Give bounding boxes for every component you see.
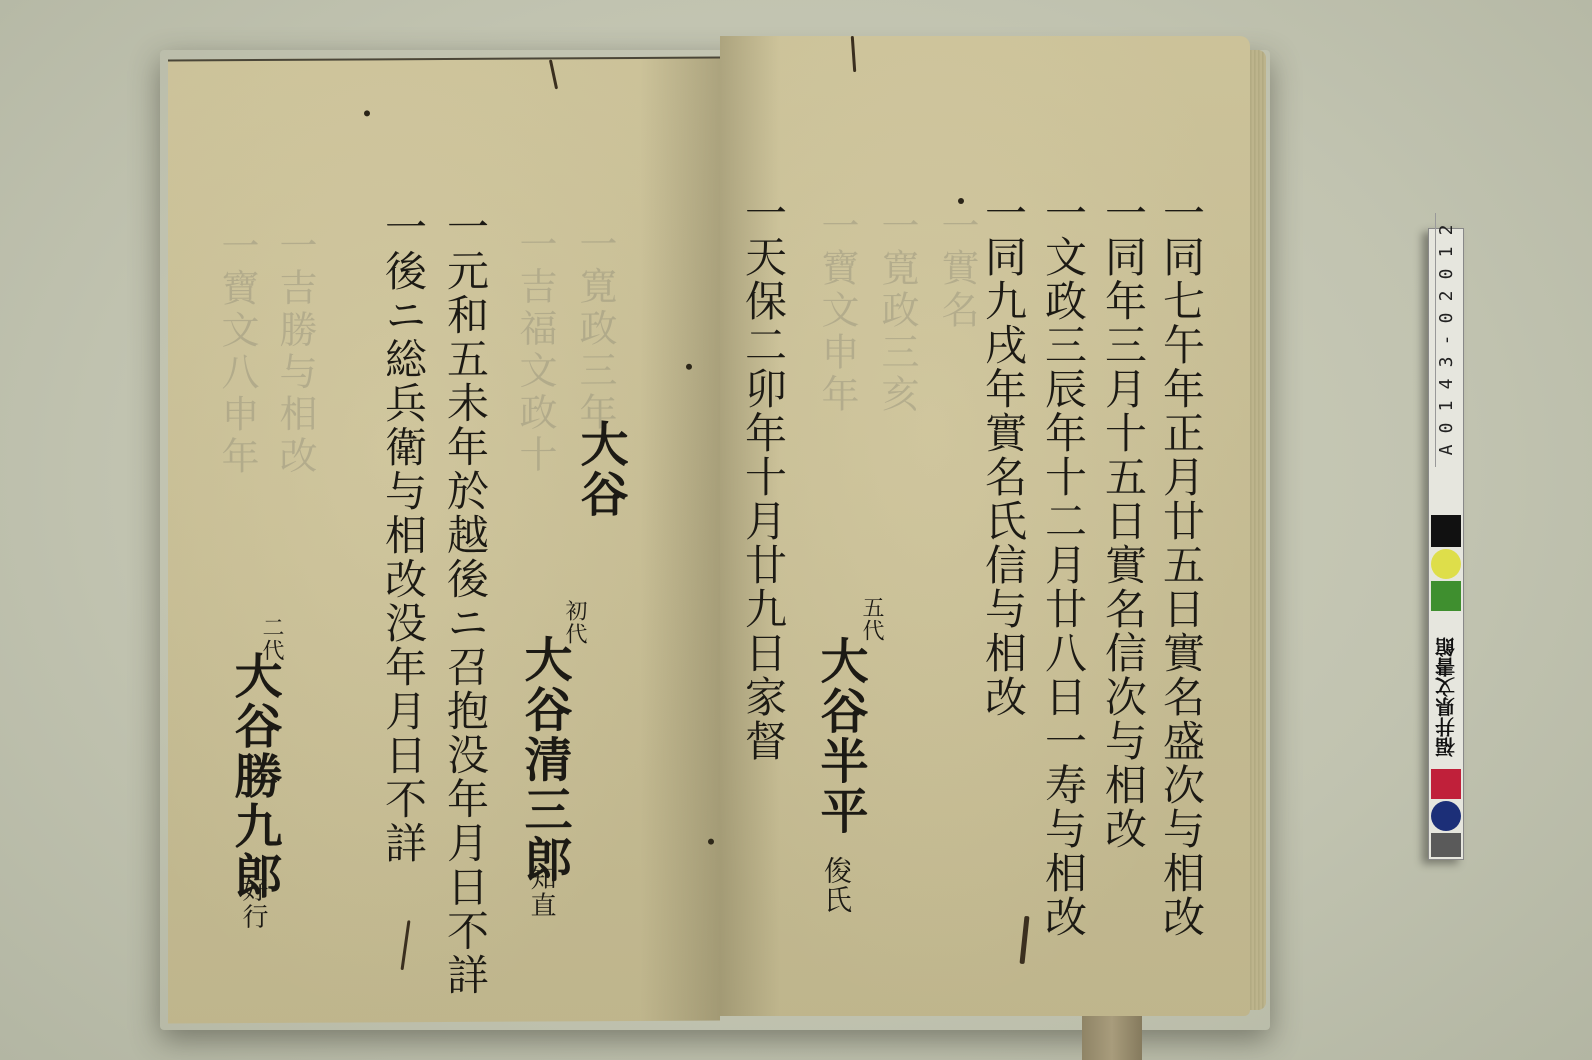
entry-column-r4: 一同九戌年實名氏信与相改: [982, 191, 1024, 719]
gray-color-patch: [1431, 833, 1461, 857]
entry-column-l2: 一後ニ総兵衛与相改没年月日不詳: [382, 205, 424, 865]
entry-column-r2: 一同年三月十五日實名信次与相改: [1102, 191, 1144, 851]
blue-color-patch: [1431, 801, 1461, 831]
yellow-color-patch: [1431, 549, 1461, 579]
item-marker: 一: [441, 205, 490, 249]
archive-scale-label: A 0 1 4 3 - 0 2 0 1 2 福井県文書館: [1428, 228, 1464, 860]
wormhole: [708, 839, 714, 845]
bleed-through-text: 一實名: [930, 206, 985, 332]
column-text: 同九戌年實名氏信与相改: [979, 235, 1028, 719]
black-color-patch: [1431, 515, 1461, 547]
wormhole: [958, 198, 964, 204]
person-name: 大谷勝九郎: [230, 651, 278, 901]
column-text: 後ニ総兵衛与相改没年月日不詳: [379, 249, 428, 865]
bleed-through-text: 一寶文申年: [810, 206, 865, 416]
item-marker: 一: [1157, 191, 1206, 235]
real-name: 俊氏: [822, 856, 850, 914]
right-page: 一寶文申年 一寛政三亥 一實名 一同七午年正月廿五日實名盛次与相改 一同年三月十…: [720, 36, 1250, 1016]
item-marker: 一: [1099, 191, 1148, 235]
person-name: 大谷清三郎: [520, 634, 568, 884]
entry-column-r1: 一同七午年正月廿五日實名盛次与相改: [1160, 191, 1202, 939]
surname-heading: 大谷: [576, 419, 624, 519]
institution-name: 福井県文書館: [1433, 617, 1459, 777]
bookmark-ribbon: [1082, 1015, 1142, 1060]
bleed-through-text: 一吉勝与相改: [268, 226, 323, 478]
column-text: 天保二卯年十月廿九日家督: [739, 235, 788, 763]
person-name: 大谷半平: [816, 636, 864, 836]
worm-trail: [549, 59, 558, 89]
column-text: 同年三月十五日實名信次与相改: [1099, 235, 1148, 851]
worm-trail: [401, 920, 411, 970]
bleed-through-text: 一寛政三年: [568, 224, 623, 434]
red-color-patch: [1431, 769, 1461, 799]
green-color-patch: [1431, 581, 1461, 611]
wormhole: [364, 110, 370, 116]
column-text: 文政三辰年十二月廿八日一寿与相改: [1039, 235, 1088, 939]
bleed-through-text: 一寶文八申年: [210, 226, 265, 478]
entry-column-r5: 一天保二卯年十月廿九日家督: [742, 191, 784, 763]
real-name: 好行: [240, 876, 266, 930]
column-text: 元和五未年於越後ニ召抱没年月日不詳: [441, 249, 490, 997]
bleed-through-text: 一寛政三亥: [870, 206, 925, 416]
left-page: 一寶文八申年 一吉勝与相改 一吉福文政十 一寛政三年 一後ニ総兵衛与相改没年月日…: [168, 57, 720, 1024]
wormhole: [686, 364, 692, 370]
catalog-id: A 0 1 4 3 - 0 2 0 1 2: [1429, 229, 1463, 461]
worm-trail: [851, 36, 857, 72]
bleed-through-text: 一吉福文政十: [508, 224, 563, 476]
item-marker: 一: [739, 191, 788, 235]
real-name: 知直: [528, 864, 554, 918]
item-marker: 一: [979, 191, 1028, 235]
catalog-char: 2: [1435, 213, 1457, 247]
entry-column-r3: 一文政三辰年十二月廿八日一寿与相改: [1042, 191, 1084, 939]
entry-column-l1: 一元和五未年於越後ニ召抱没年月日不詳: [444, 205, 486, 997]
column-text: 同七午年正月廿五日實名盛次与相改: [1157, 235, 1206, 939]
item-marker: 一: [1039, 191, 1088, 235]
item-marker: 一: [379, 205, 428, 249]
worm-trail: [1020, 916, 1030, 964]
